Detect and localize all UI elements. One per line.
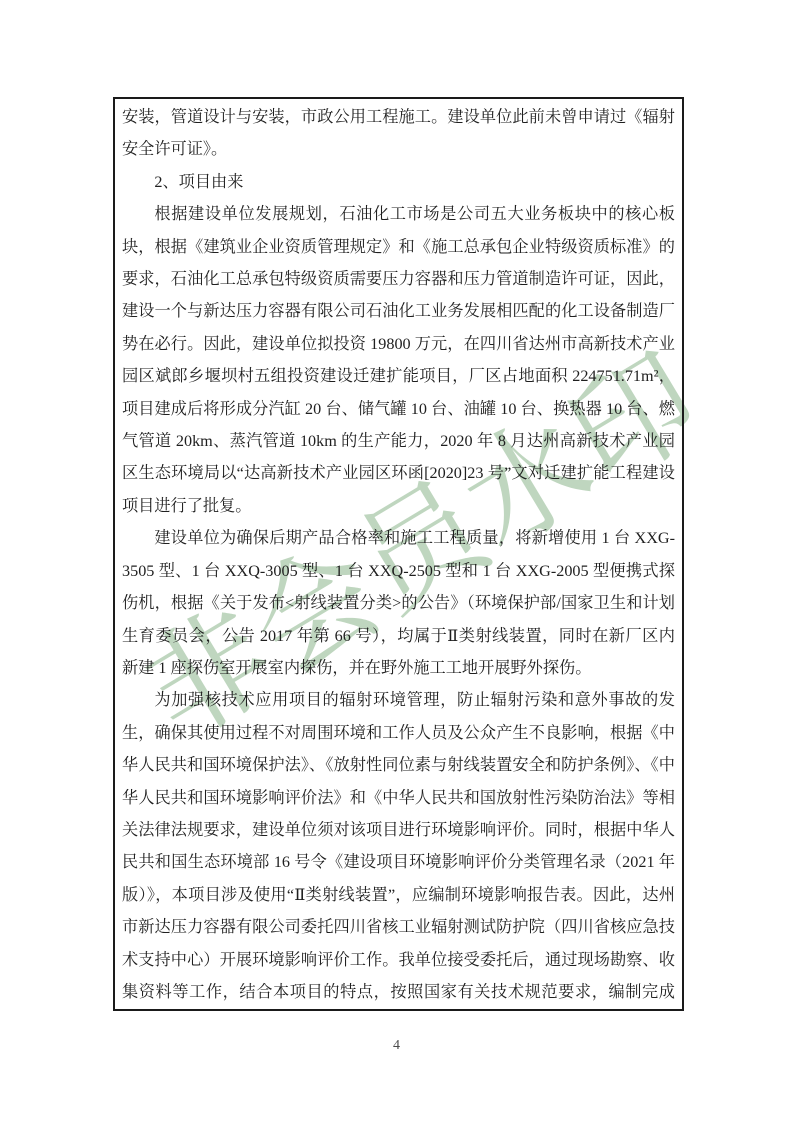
document-border-frame: 安装，管道设计与安装，市政公用工程施工。建设单位此前未曾申请过《辐射安全许可证》… — [113, 97, 684, 1011]
continued-paragraph: 安装，管道设计与安装，市政公用工程施工。建设单位此前未曾申请过《辐射安全许可证》… — [122, 101, 675, 166]
page-number: 4 — [0, 1038, 793, 1054]
paragraph-eia-basis: 为加强核技术应用项目的辐射环境管理，防止辐射污染和意外事故的发生，确保其使用过程… — [122, 684, 675, 1011]
document-page: 非会员水印 安装，管道设计与安装，市政公用工程施工。建设单位此前未曾申请过《辐射… — [0, 0, 793, 1122]
section-heading-project-origin: 2、项目由来 — [122, 166, 675, 198]
paragraph-equipment-plan: 建设单位为确保后期产品合格率和施工工程质量，将新增使用 1 台 XXG-3505… — [122, 522, 675, 684]
paragraph-project-background: 根据建设单位发展规划，石油化工市场是公司五大业务板块中的核心板块，根据《建筑业企… — [122, 198, 675, 522]
